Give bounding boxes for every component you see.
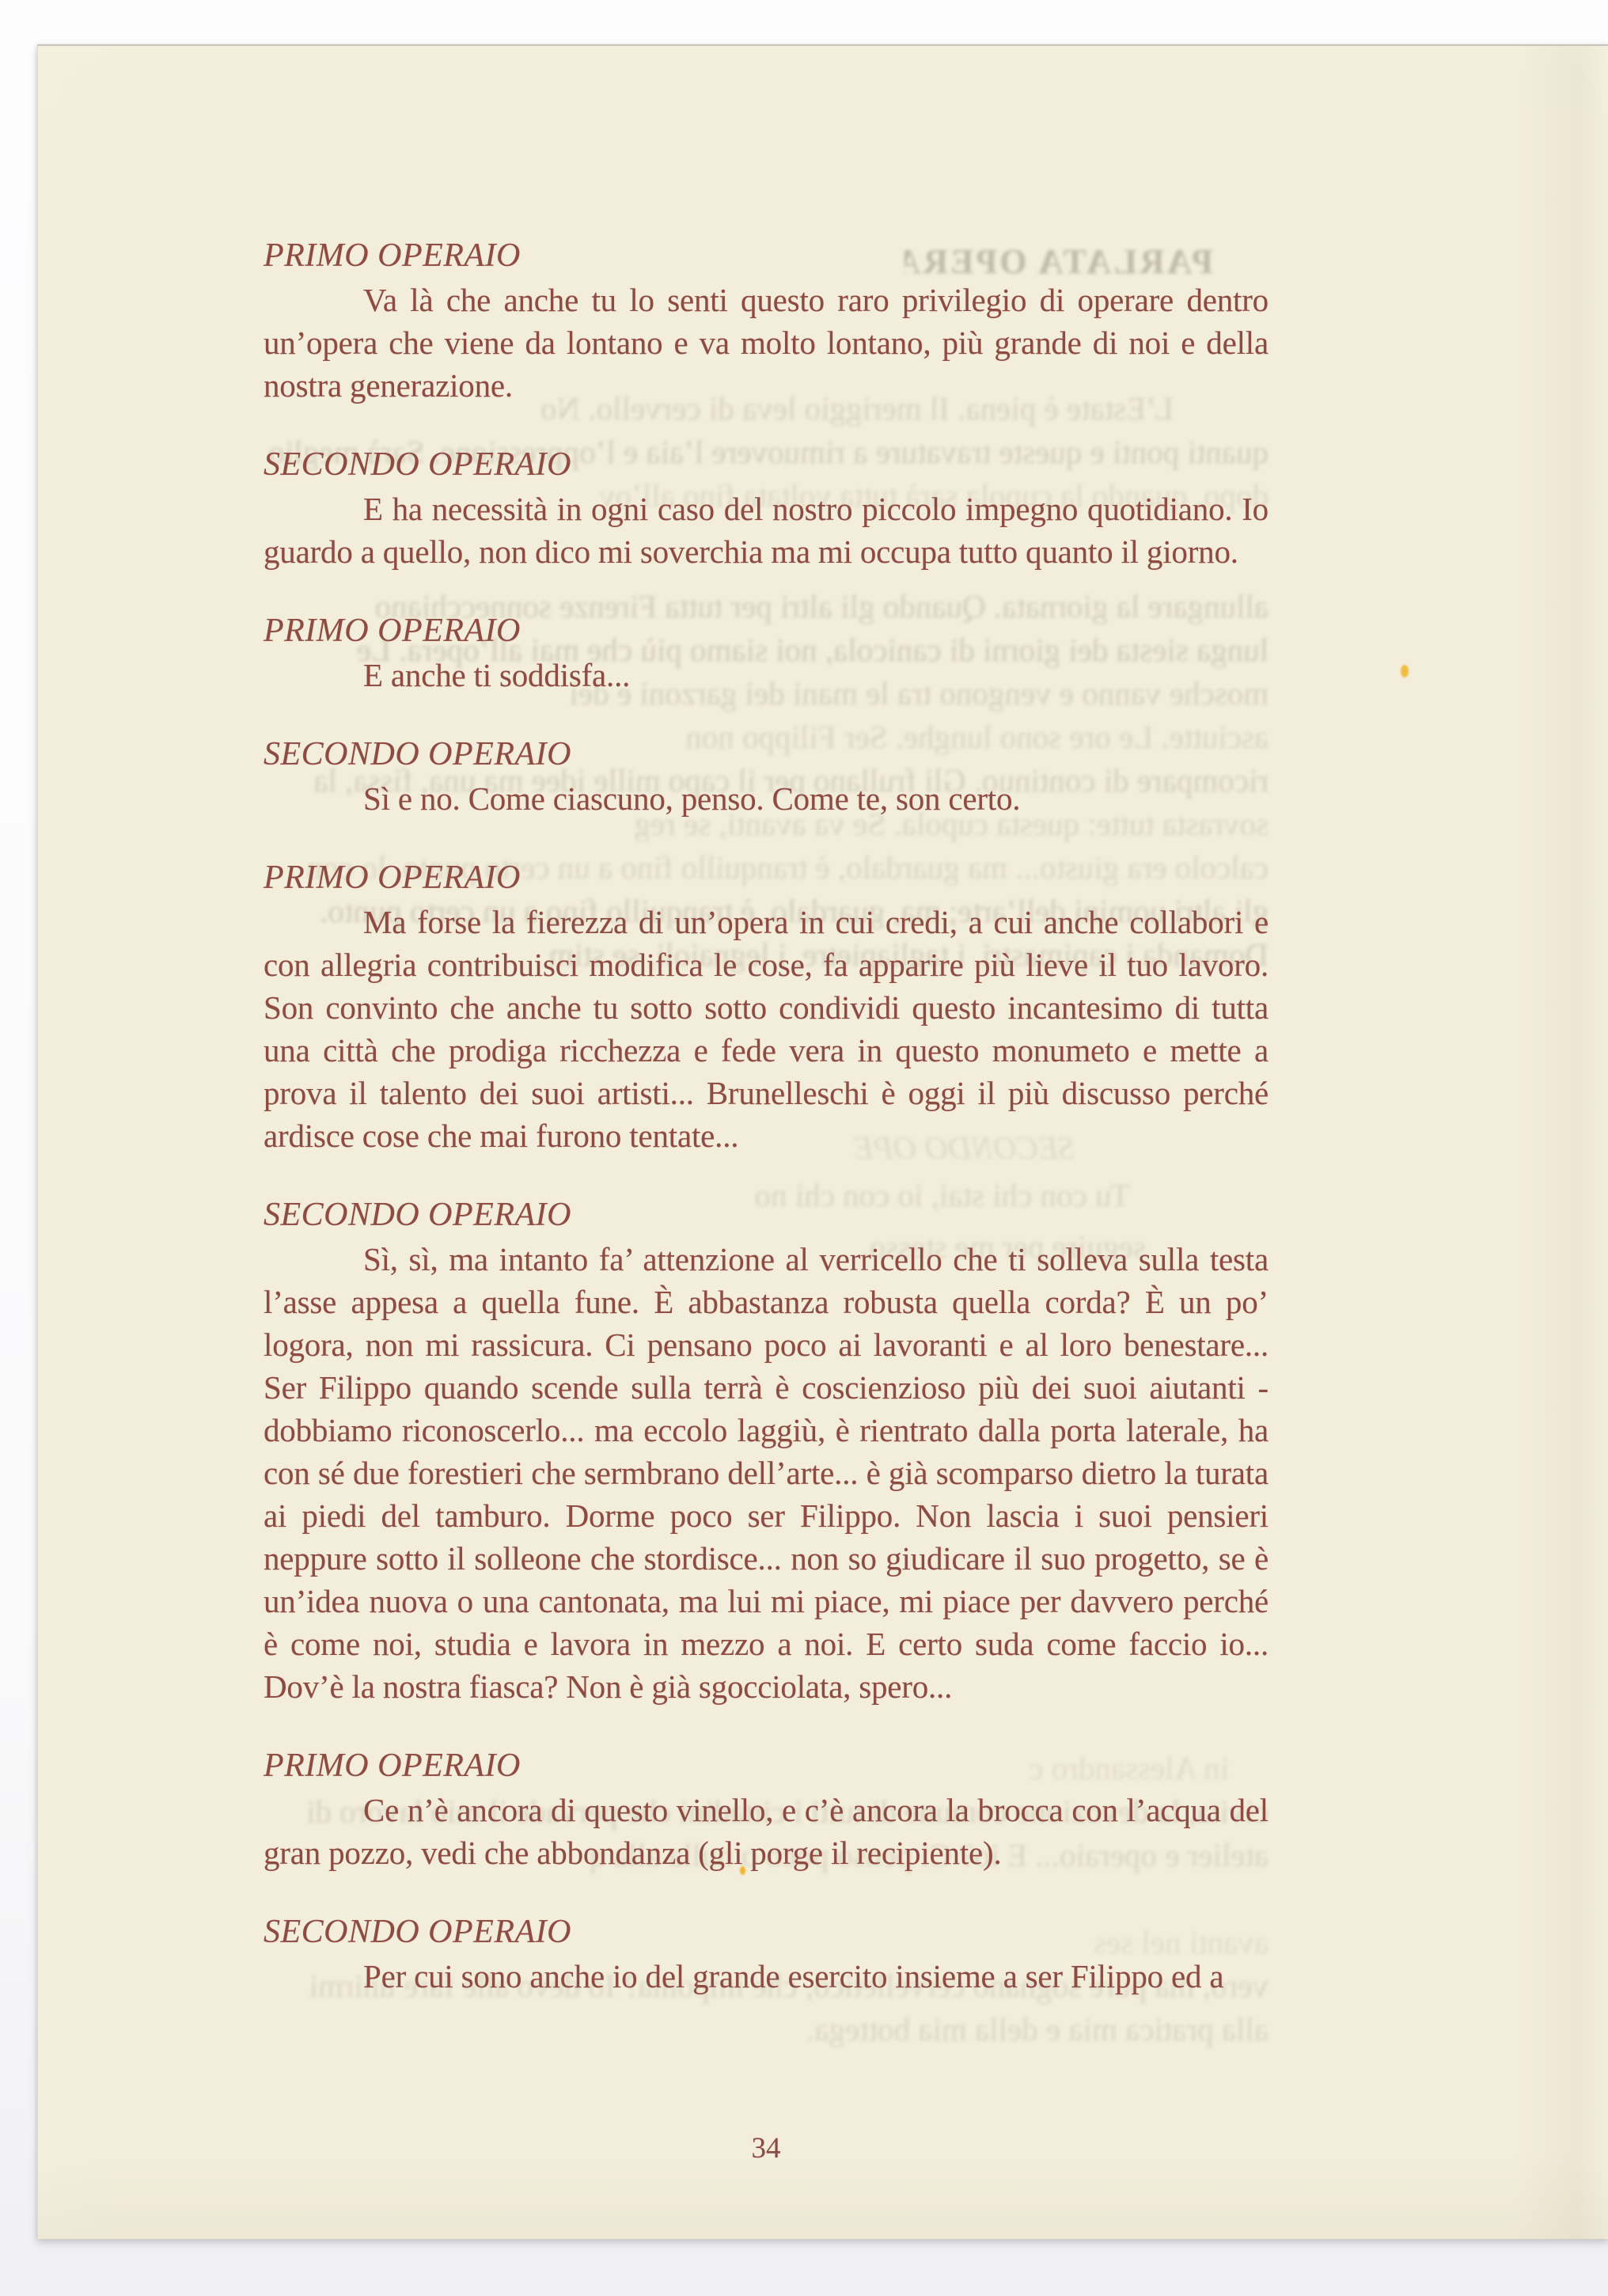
paper-speck <box>740 1866 745 1875</box>
dialogue-block: PRIMO OPERAIO Ma forse la fierezza di un… <box>264 856 1269 1157</box>
dialogue-block: SECONDO OPERAIO Per cui sono anche io de… <box>264 1911 1269 1998</box>
speech-paragraph: Ce n’è ancora di questo vinello, e c’è a… <box>264 1789 1269 1874</box>
speaker-heading: PRIMO OPERAIO <box>264 234 1269 277</box>
speech-paragraph: Sì, sì, ma intanto fa’ attenzione al ver… <box>264 1238 1269 1708</box>
speech-paragraph: E anche ti soddisfa... <box>264 654 1269 696</box>
speech-paragraph: Ma forse la fierezza di un’opera in cui … <box>264 901 1269 1157</box>
speaker-heading: SECONDO OPERAIO <box>264 733 1269 776</box>
speech-paragraph: Sì e no. Come ciascuno, penso. Come te, … <box>264 777 1269 820</box>
dialogue-block: PRIMO OPERAIO E anche ti soddisfa... <box>264 609 1269 696</box>
speaker-heading: PRIMO OPERAIO <box>264 856 1269 899</box>
dialogue-block: SECONDO OPERAIO Sì e no. Come ciascuno, … <box>264 733 1269 820</box>
paper-speck <box>1401 665 1409 677</box>
speech-paragraph: Per cui sono anche io del grande esercit… <box>264 1955 1269 1998</box>
book-page: PARLATA OPERAIAL’Estate è piena. Il meri… <box>37 44 1608 2239</box>
page-text-column: PRIMO OPERAIO Va là che anche tu lo sent… <box>264 234 1269 2034</box>
speaker-heading: PRIMO OPERAIO <box>264 609 1269 652</box>
speech-paragraph: E ha necessità in ogni caso del nostro p… <box>264 488 1269 573</box>
dialogue-block: SECONDO OPERAIO Sì, sì, ma intanto fa’ a… <box>264 1194 1269 1708</box>
dialogue-block: PRIMO OPERAIO Va là che anche tu lo sent… <box>264 234 1269 407</box>
speaker-heading: SECONDO OPERAIO <box>264 443 1269 486</box>
speech-paragraph: Va là che anche tu lo senti questo raro … <box>264 279 1269 407</box>
speaker-heading: SECONDO OPERAIO <box>264 1911 1269 1953</box>
page-number: 34 <box>264 2127 1269 2170</box>
dialogue-block: PRIMO OPERAIO Ce n’è ancora di questo vi… <box>264 1744 1269 1874</box>
speaker-heading: PRIMO OPERAIO <box>264 1744 1269 1787</box>
scanned-document-screenshot: { "page": { "number": "34" }, "dialogue"… <box>0 0 1608 2296</box>
speaker-heading: SECONDO OPERAIO <box>264 1194 1269 1236</box>
dialogue-block: SECONDO OPERAIO E ha necessità in ogni c… <box>264 443 1269 573</box>
